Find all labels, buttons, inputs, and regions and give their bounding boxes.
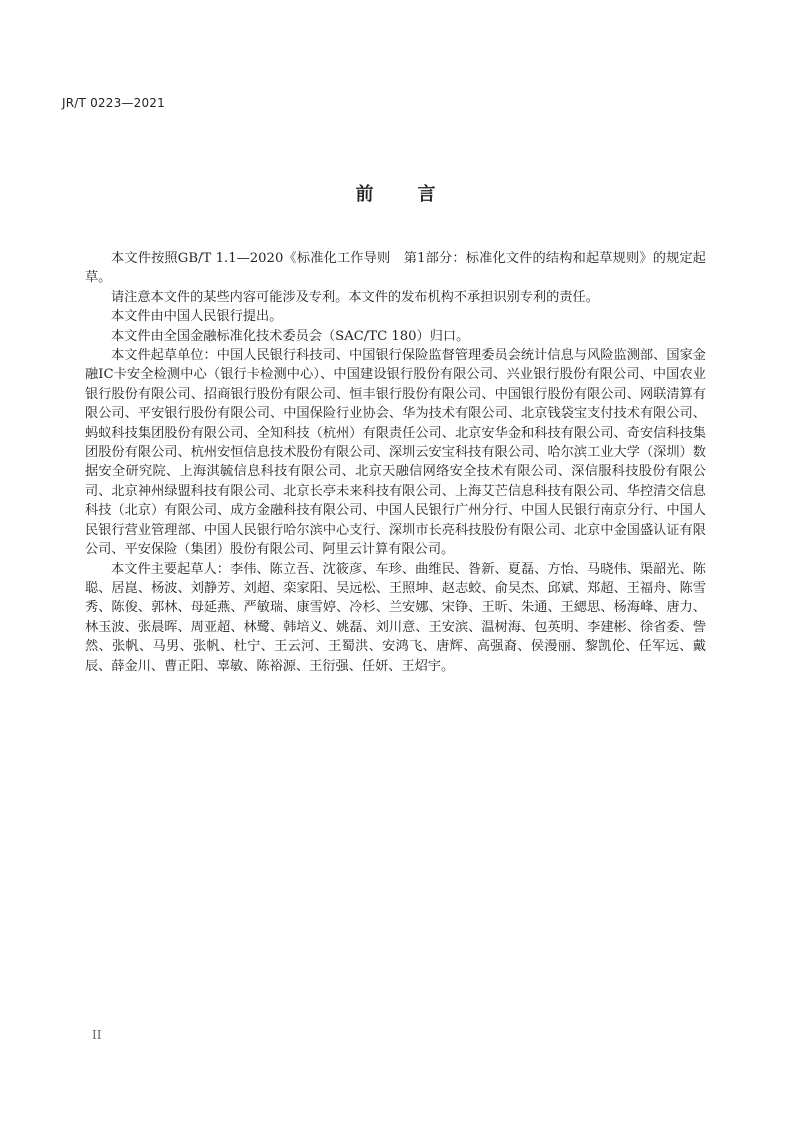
paragraph-drafting-organizations: 本文件起草单位：中国人民银行科技司、中国银行保险监督管理委员会统计信息与风险监测… [85,346,706,559]
document-code: JR/T 0223—2021 [62,96,165,110]
page-title: 前言 [0,180,791,206]
title-char-2: 言 [418,180,436,206]
paragraph-proposer: 本文件由中国人民银行提出。 [85,307,706,326]
foreword-body: 本文件按照GB/T 1.1—2020《标准化工作导则 第1部分：标准化文件的结构… [85,249,706,676]
page-number: II [92,1028,101,1042]
paragraph-patent-notice: 请注意本文件的某些内容可能涉及专利。本文件的发布机构不承担识别专利的责任。 [85,288,706,307]
paragraph-drafting-rules: 本文件按照GB/T 1.1—2020《标准化工作导则 第1部分：标准化文件的结构… [85,249,706,288]
title-char-1: 前 [356,180,374,206]
paragraph-committee: 本文件由全国金融标准化技术委员会（SAC/TC 180）归口。 [85,327,706,346]
paragraph-main-drafters: 本文件主要起草人：李伟、陈立吾、沈筱彦、车珍、曲维民、昝新、夏磊、方怡、马晓伟、… [85,560,706,676]
